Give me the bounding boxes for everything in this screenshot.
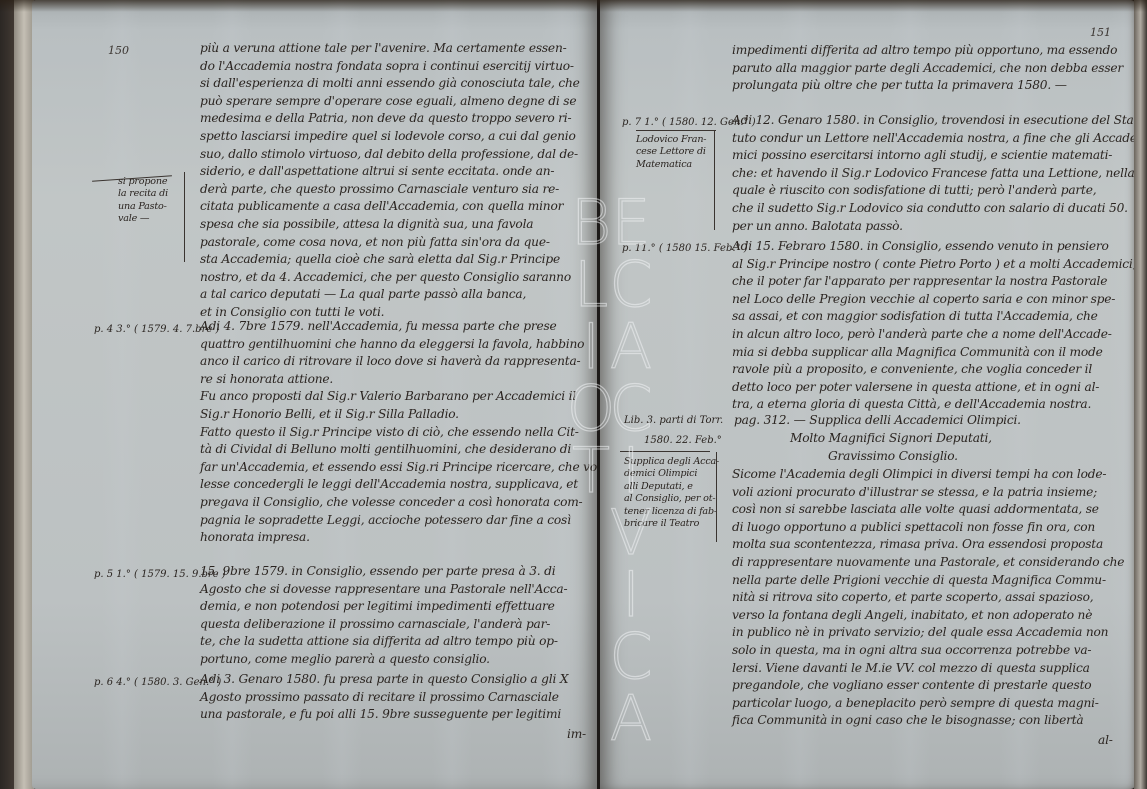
watermark-letter: I <box>606 440 656 502</box>
left-page: 150 più a veruna attione tale per l'aven… <box>32 0 598 789</box>
text-line: pregava il Consiglio, che volesse conced… <box>200 494 598 512</box>
text-line: far un'Accademia, et essendo essi Sig.ri… <box>200 459 598 477</box>
watermark-letter: V <box>606 502 656 564</box>
margin-note-line: cese Lettore di <box>636 146 706 158</box>
text-line: per un anno. Balotata passò. <box>732 218 1136 236</box>
text-line: Agosto che si dovesse rappresentare una … <box>200 581 567 599</box>
entry-1579-novembre: 15. 9bre 1579. in Consiglio, essendo per… <box>200 563 567 669</box>
entry-1580-15-febbraio: Adi 15. Febraro 1580. in Consiglio, esse… <box>732 238 1136 414</box>
entry-1580-gennaio: Adi 3. Genaro 1580. fu presa parte in qu… <box>200 671 568 724</box>
text-line: che: et havendo il Sig.r Lodovico France… <box>732 165 1136 183</box>
folio-number: 150 <box>108 44 129 57</box>
margin-note-line: si propone <box>118 176 168 188</box>
right-page: 151 impedimenti differita ad altro tempo… <box>600 0 1136 789</box>
text-line: nel Loco delle Pregion vecchie al copert… <box>732 291 1136 309</box>
catchword: im- <box>567 726 586 744</box>
supplica-salutation-consiglio: Gravissimo Consiglio. <box>828 448 958 466</box>
watermark-letter: C <box>606 626 656 688</box>
text-line: prolungata più oltre che per tutta la pr… <box>732 77 1123 95</box>
text-line: siderio, e dall'aspettatione altrui si s… <box>200 163 580 181</box>
text-line: sta Accademia; quella cioè che sarà elet… <box>200 251 580 269</box>
text-line: che il poter far l'apparato per rapprese… <box>732 273 1136 291</box>
text-line: Adi 3. Genaro 1580. fu presa parte in qu… <box>200 671 568 689</box>
supplica-salutation-deputati: Molto Magnifici Signori Deputati, <box>790 430 992 448</box>
text-line: Agosto prossimo passato di recitare il p… <box>200 689 568 707</box>
text-line: spesa che sia possibile, attesa la digni… <box>200 216 580 234</box>
text-line: tuto condur un Lettore nell'Accademia no… <box>732 130 1136 148</box>
text-line: particolar luogo, a beneplacito però sem… <box>732 695 1124 713</box>
text-line: nità si ritrova sito coperto, et parte s… <box>732 589 1124 607</box>
watermark-letter: C <box>606 378 656 440</box>
text-line: derà parte, che questo prossimo Carnasci… <box>200 181 580 199</box>
text-line: anco il carico di ritrovare il loco dove… <box>200 353 598 371</box>
text-block-intro: più a veruna attione tale per l'avenire.… <box>200 40 580 322</box>
supplica-body: Sicome l'Academia degli Olimpici in dive… <box>732 466 1124 730</box>
text-line: honorata impresa. <box>200 529 598 547</box>
supplica-header: pag. 312. — Supplica delli Accademici Ol… <box>734 412 1021 430</box>
text-line: mici possino esercitarsi intorno agli st… <box>732 147 1136 165</box>
text-line: a tal carico deputati — La qual parte pa… <box>200 286 580 304</box>
text-line: detto loco per poter valersene in questa… <box>732 379 1136 397</box>
text-line: citata publicamente a casa dell'Accademi… <box>200 198 580 216</box>
text-line: sa assai, et con maggior sodisfation di … <box>732 308 1136 326</box>
margin-bracket <box>714 130 715 230</box>
text-line: verso la fontana degli Angeli, inabitato… <box>732 607 1124 625</box>
entry-1579-ottobre: Adi 4. 7bre 1579. nell'Accademia, fu mes… <box>200 318 598 547</box>
text-line: lersi. Viene davanti le M.ie VV. col mez… <box>732 660 1124 678</box>
text-line: più a veruna attione tale per l'avenire.… <box>200 40 580 58</box>
text-line: lesse concedergli le leggi dell'Accademi… <box>200 476 598 494</box>
text-line: pagnia le sopradette Leggi, accioche pot… <box>200 512 598 530</box>
text-line: suo, dallo stimolo virtuoso, dal debito … <box>200 146 580 164</box>
page-stack-right <box>1134 0 1147 789</box>
text-line: mia si debba supplicar alla Magnifica Co… <box>732 344 1136 362</box>
text-line: 15. 9bre 1579. in Consiglio, essendo per… <box>200 563 567 581</box>
text-line: fica Communità in ogni caso che le bisog… <box>732 712 1124 730</box>
text-line: questa deliberazione il prossimo carnasc… <box>200 616 567 634</box>
margin-note-line: Matematica <box>636 159 706 171</box>
watermark-letter: A <box>606 688 656 750</box>
margin-note-line: una Pasto- <box>118 201 168 213</box>
text-line: voli azioni procurato d'illustrar se ste… <box>732 484 1124 502</box>
text-line: ravole più a proposito, e conveniente, c… <box>732 361 1136 379</box>
text-line: nella parte delle Prigioni vecchie di qu… <box>732 572 1124 590</box>
text-line: al Sig.r Principe nostro ( conte Pietro … <box>732 256 1136 274</box>
text-line: pregandole, che vogliano esser contente … <box>732 677 1124 695</box>
text-line: in alcun altro loco, però l'anderà parte… <box>732 326 1136 344</box>
margin-note-line: Lodovico Fran- <box>636 134 706 146</box>
text-line: solo in questa, ma in ogni altra sua occ… <box>732 642 1124 660</box>
margin-note-pastorale: si proponela recita diuna Pasto-vale — <box>118 176 168 226</box>
text-line: si dall'esperienza di molti anni essendo… <box>200 75 580 93</box>
text-line: una pastorale, e fu poi alli 15. 9bre su… <box>200 706 568 724</box>
open-book: 150 più a veruna attione tale per l'aven… <box>0 0 1147 789</box>
margin-note-lettore: Lodovico Fran-cese Lettore diMatematica <box>636 134 706 171</box>
watermark-letter: E <box>606 192 656 254</box>
text-line: Adi 4. 7bre 1579. nell'Accademia, fu mes… <box>200 318 598 336</box>
text-line: di luogo opportuno a publici spettacoli … <box>732 519 1124 537</box>
text-line: Adi 12. Genaro 1580. in Consiglio, trove… <box>732 112 1136 130</box>
text-line: così non si sarebbe lasciata alle volte … <box>732 501 1124 519</box>
text-line: Sig.r Honorio Belli, et il Sig.r Silla P… <box>200 406 598 424</box>
text-line: quale è riuscito con sodisfatione di tut… <box>732 182 1136 200</box>
text-continuation: impedimenti differita ad altro tempo più… <box>732 42 1123 95</box>
text-line: impedimenti differita ad altro tempo più… <box>732 42 1123 60</box>
text-line: te, che la sudetta attione sia differita… <box>200 633 567 651</box>
text-line: portuno, come meglio parerà a questo con… <box>200 651 567 669</box>
entry-1580-12-gennaio: Adi 12. Genaro 1580. in Consiglio, trove… <box>732 112 1136 235</box>
text-line: Sicome l'Academia degli Olimpici in dive… <box>732 466 1124 484</box>
margin-rule <box>636 130 716 131</box>
text-line: quattro gentilhuomini che hanno da elegg… <box>200 336 598 354</box>
watermark-letter: A <box>606 316 656 378</box>
text-line: medesima e della Patria, non deve da que… <box>200 110 580 128</box>
text-line: demia, e non potendosi per legitimi impe… <box>200 598 567 616</box>
margin-note-line: la recita di <box>118 188 168 200</box>
catchword: al- <box>1098 732 1113 750</box>
text-line: tà di Cividal di Belluno molti gentilhuo… <box>200 441 598 459</box>
page-stack-left <box>14 0 34 789</box>
text-line: spetto lasciarsi impedire quel si lodevo… <box>200 128 580 146</box>
text-line: re si honorata attione. <box>200 371 598 389</box>
watermark-letter: I <box>606 564 656 626</box>
margin-note-line: vale — <box>118 213 168 225</box>
text-line: nostro, et da 4. Accademici, che per que… <box>200 269 580 287</box>
margin-bracket <box>184 172 185 262</box>
top-edge-shadow <box>0 0 1147 12</box>
text-line: Fu anco proposti dal Sig.r Valerio Barba… <box>200 388 598 406</box>
watermark-letter: C <box>606 254 656 316</box>
text-line: pastorale, come cosa nova, et non più fa… <box>200 234 580 252</box>
text-line: do l'Accademia nostra fondata sopra i co… <box>200 58 580 76</box>
margin-bracket <box>716 452 717 542</box>
text-line: paruto alla maggior parte degli Accademi… <box>732 60 1123 78</box>
folio-number: 151 <box>1090 26 1111 39</box>
text-line: di rappresentare nuovamente una Pastoral… <box>732 554 1124 572</box>
text-line: Fatto questo il Sig.r Principe visto di … <box>200 424 598 442</box>
text-line: che il sudetto Sig.r Lodovico sia condut… <box>732 200 1136 218</box>
text-line: può sperare sempre d'operare cose eguali… <box>200 93 580 111</box>
text-line: in publico nè in privato servizio; del q… <box>732 624 1124 642</box>
text-line: molta sua scontentezza, rimasa priva. Or… <box>732 536 1124 554</box>
watermark-right: ECACIVICA <box>606 192 656 750</box>
text-line: Adi 15. Febraro 1580. in Consiglio, esse… <box>732 238 1136 256</box>
